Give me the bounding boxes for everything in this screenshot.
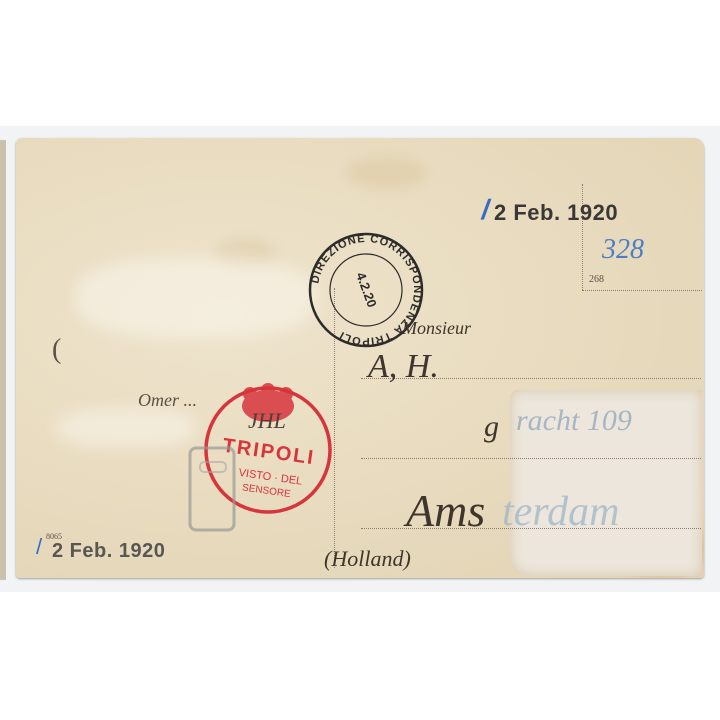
blue-number: 328 [602,234,644,266]
address-name: A, H. [368,348,439,386]
address-city-ink: Ams [406,484,485,537]
adjacent-card-edge [0,140,6,580]
blue-crossout-mark: / [479,194,492,226]
address-salutation: Monsieur [402,318,471,339]
date-stamp-bottom: 2 Feb. 1920 [52,540,165,563]
censor-initials: JHL [248,408,286,434]
stain [346,158,426,188]
address-line-2 [361,458,701,459]
address-city: terdam [502,488,619,536]
erased-area [56,408,196,448]
registry-number-top: 268 [589,274,604,285]
sender-fragment: Omer ... [138,390,197,411]
blue-tick-mark: / [36,534,42,560]
address-street-initial: g [484,410,499,444]
address-street: racht 109 [516,404,632,438]
stamp-box-bottom [582,290,702,291]
address-country: (Holland) [324,546,411,572]
erased-area [76,258,316,338]
sender-bracket: ( [52,334,61,366]
faint-box-stamp [186,442,240,534]
date-stamp-top: 2 Feb. 1920 [494,200,618,226]
svg-text:4.2.20: 4.2.20 [353,270,379,309]
postcard: / 2 Feb. 1920 328 268 DIREZIONE CORRISPO… [16,138,704,578]
